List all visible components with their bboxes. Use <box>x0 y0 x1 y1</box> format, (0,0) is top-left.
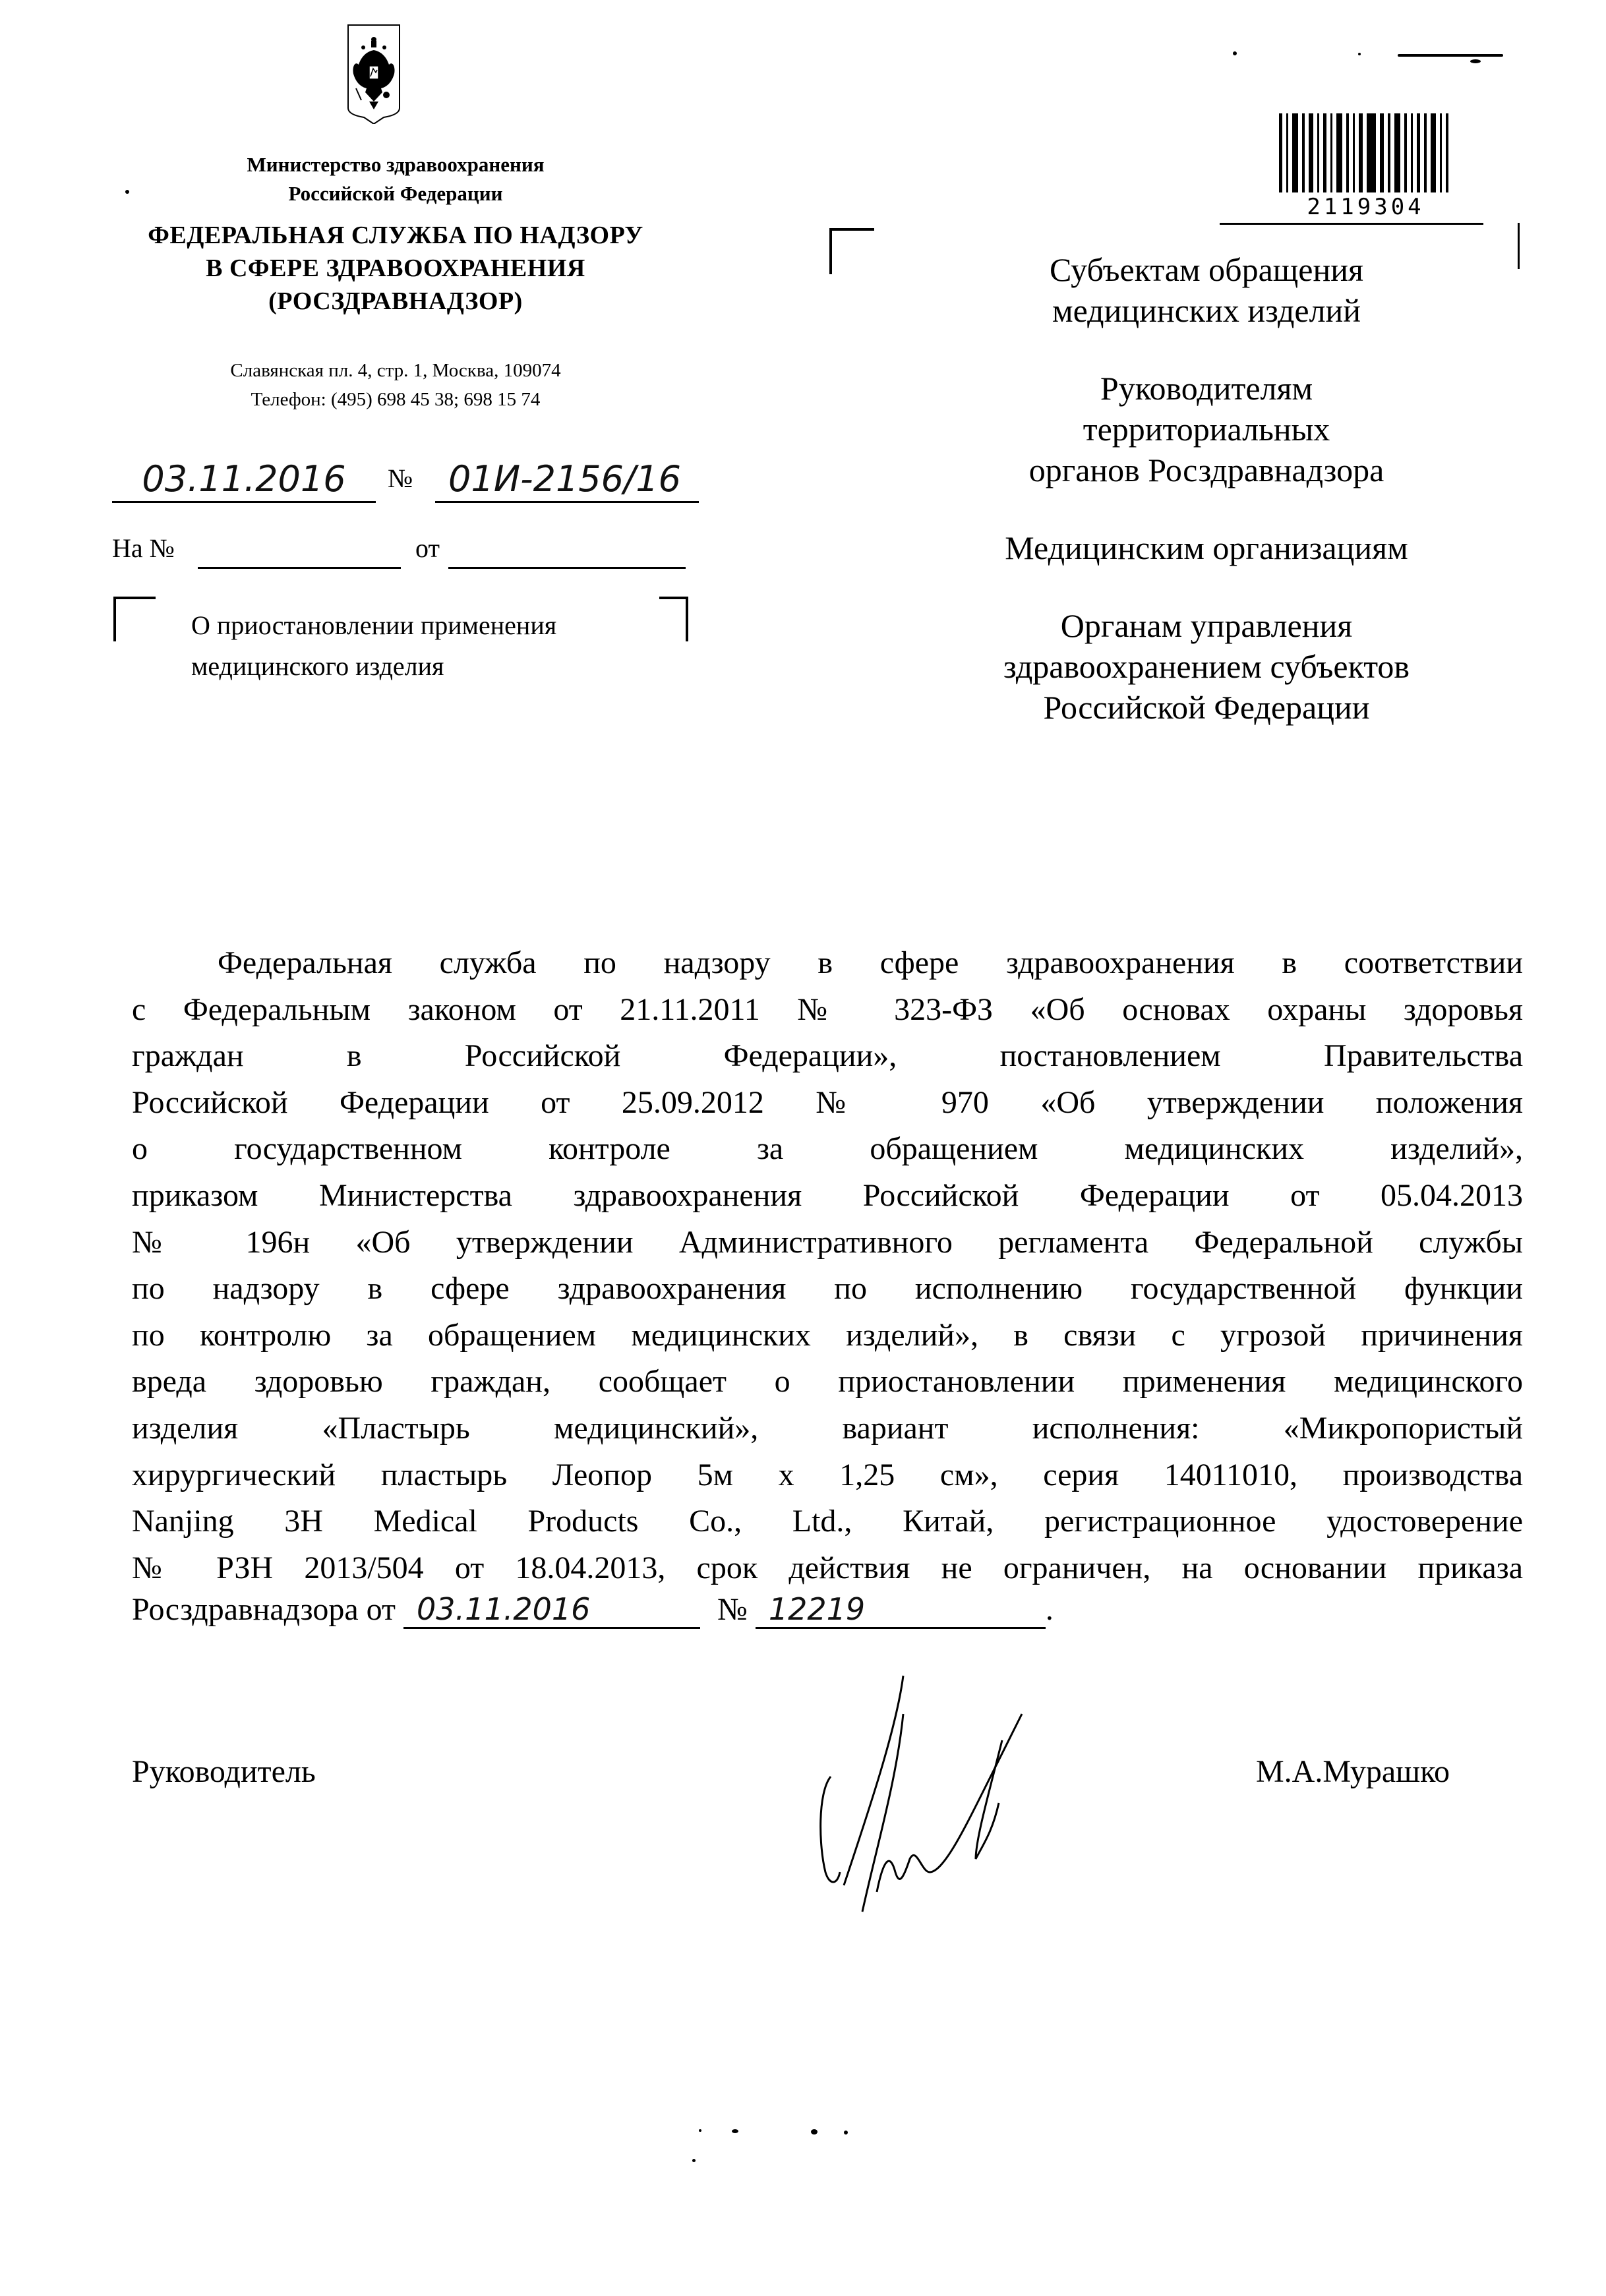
scan-noise <box>0 0 1606 2296</box>
